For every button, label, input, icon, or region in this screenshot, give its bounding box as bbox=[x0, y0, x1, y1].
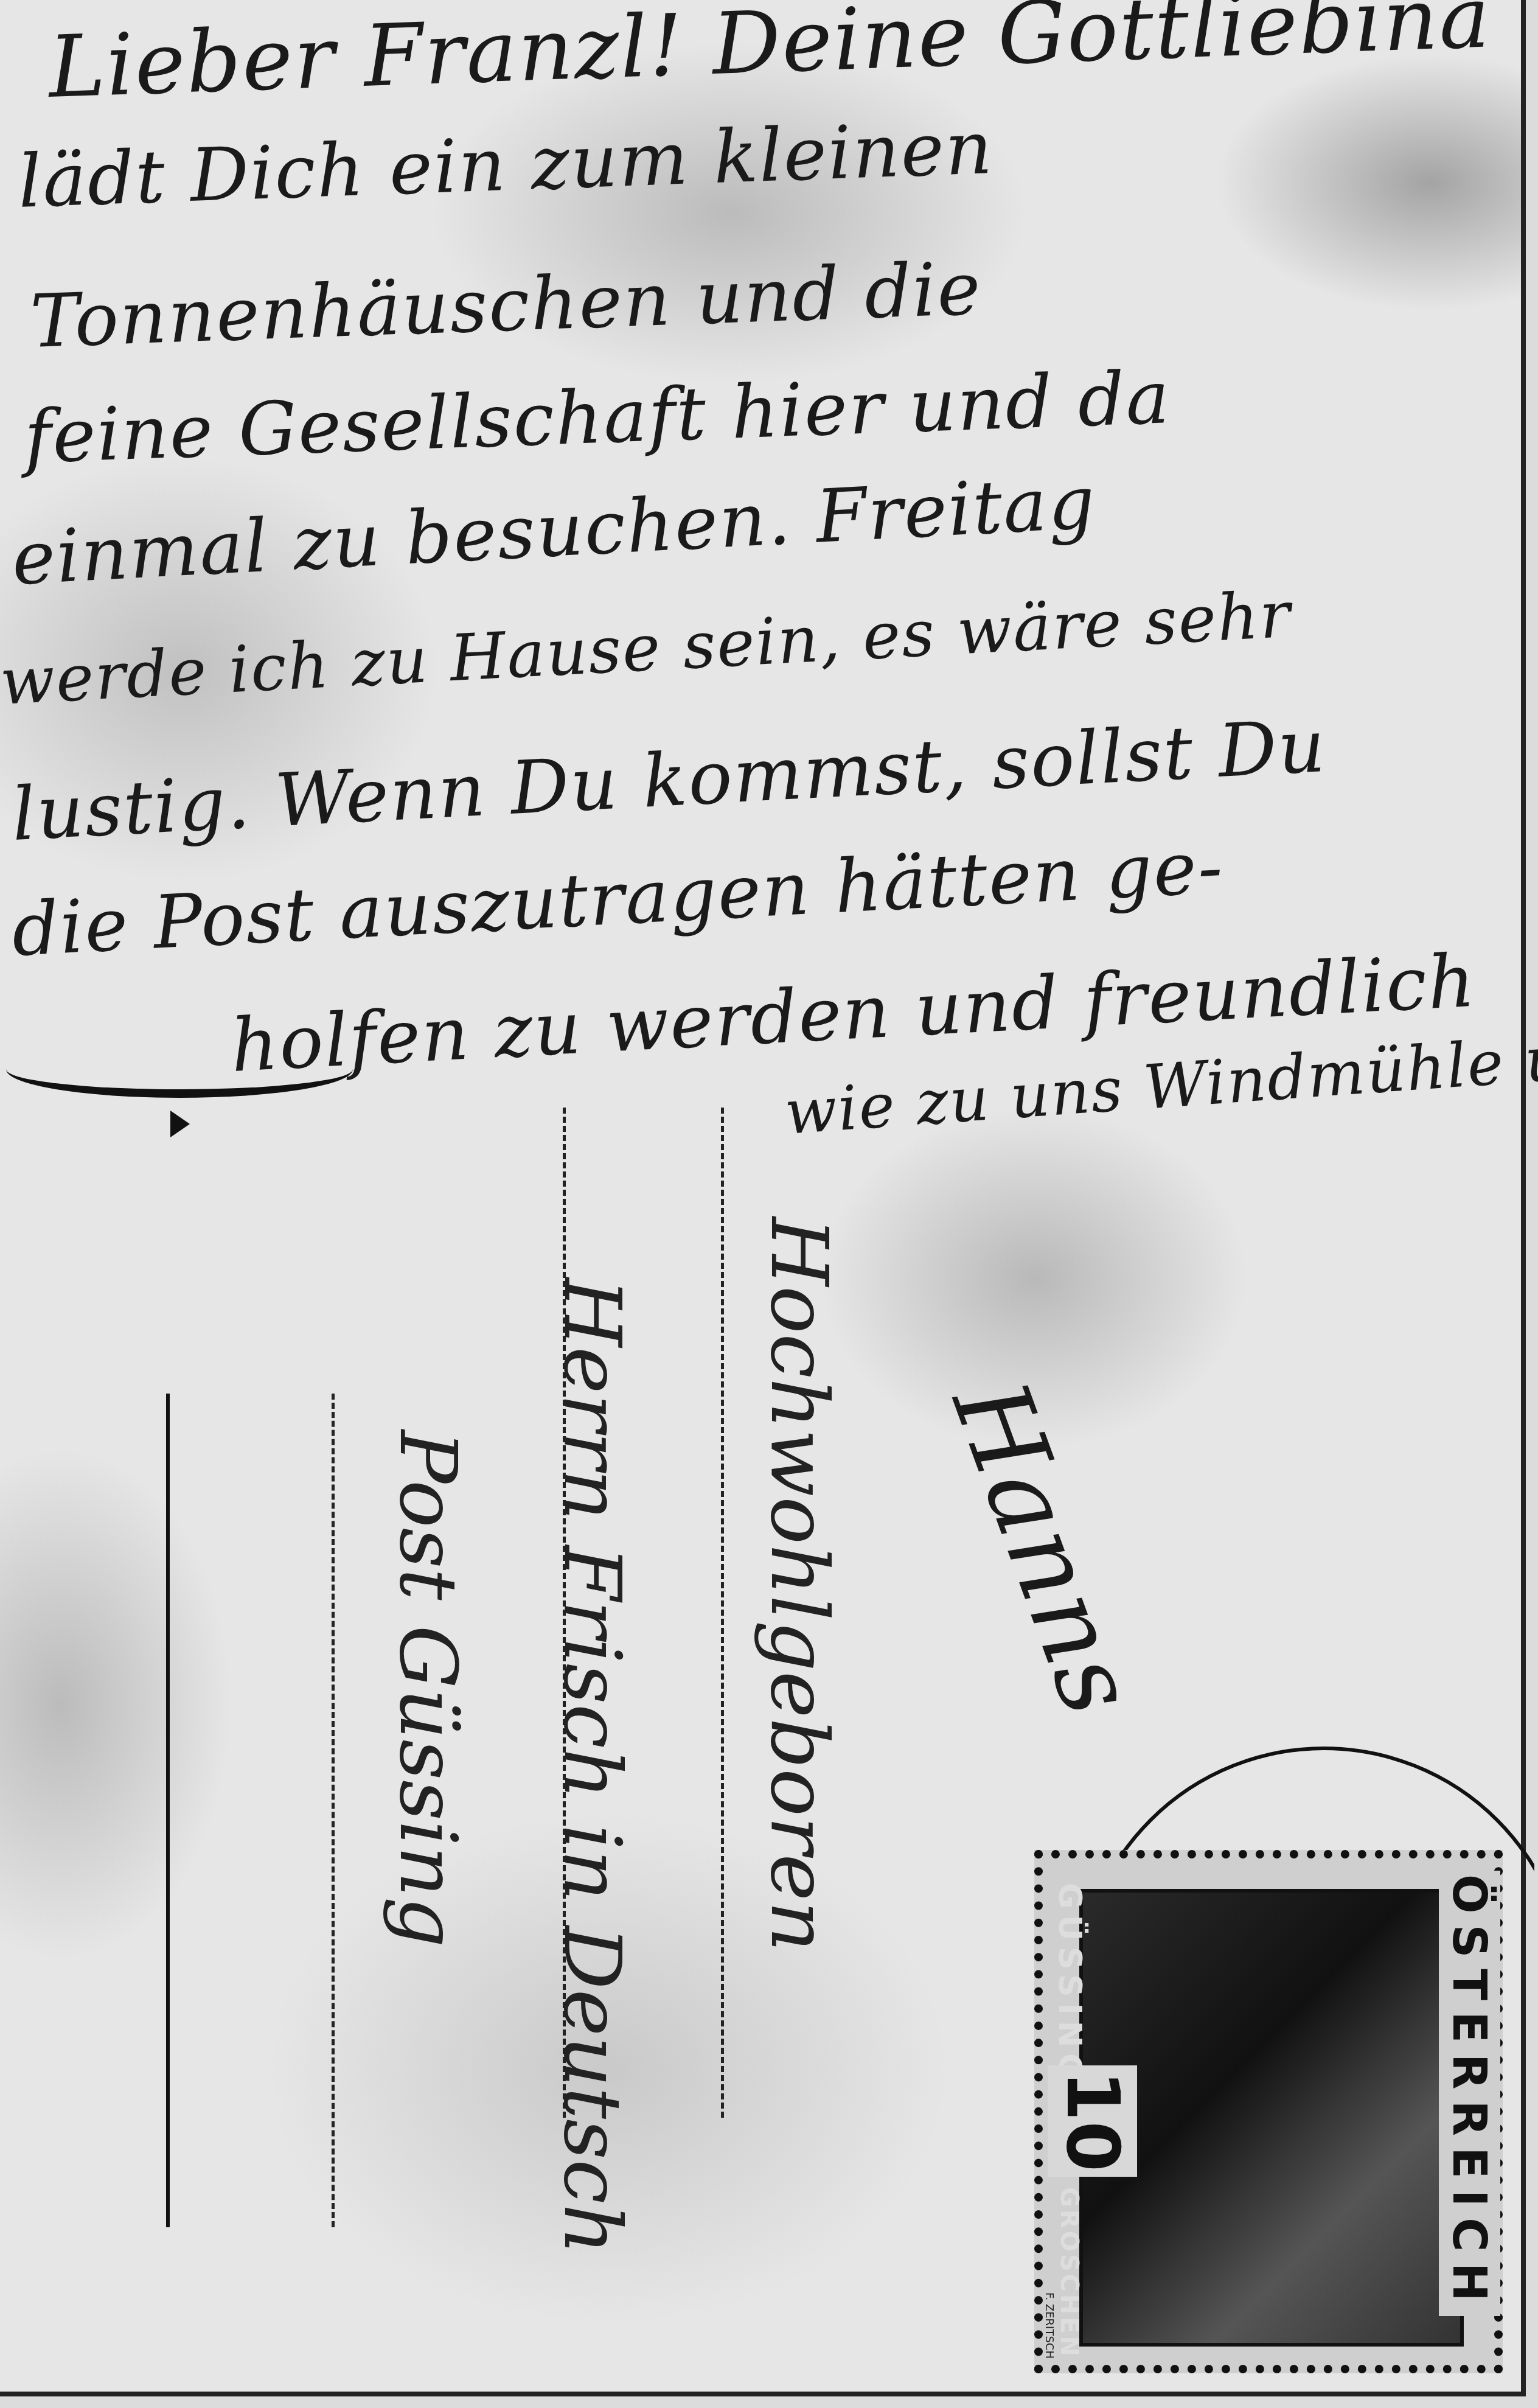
postage-stamp: GÜSSING 10 GROSCHEN ÖSTERREICH F. ZERITS… bbox=[1034, 1850, 1503, 2373]
message-line-5: einmal zu besuchen. Freitag bbox=[10, 461, 1098, 602]
address-line-1: Hochwohlgeboren bbox=[753, 1217, 846, 1952]
message-line-2: lädt Dich ein zum kleinen bbox=[17, 106, 995, 225]
postcard: Lieber Franzl! Deine Gottliebina lädt Di… bbox=[0, 0, 1526, 2396]
underline-stroke bbox=[6, 1041, 353, 1098]
message-line-4: feine Gesellschaft hier und da bbox=[23, 355, 1172, 480]
triangle-marker-icon bbox=[170, 1111, 190, 1137]
message-line-6: werde ich zu Hause sein, es wäre sehr bbox=[0, 578, 1293, 719]
signature: Hanns bbox=[929, 1366, 1160, 1731]
address-line-2: Herrn Frisch in Deutsch bbox=[546, 1278, 639, 2255]
stamp-value: 10 bbox=[1048, 2065, 1137, 2177]
stamp-place: GÜSSING bbox=[1051, 1883, 1088, 2085]
stamp-currency: GROSCHEN bbox=[1055, 2187, 1083, 2359]
stamp-country: ÖSTERREICH bbox=[1439, 1871, 1500, 2316]
address-line-3: Post Güssing bbox=[382, 1430, 475, 1947]
divider-line bbox=[166, 1394, 170, 2227]
stamp-artist: F. ZERITSCH bbox=[1043, 2292, 1056, 2359]
message-line-3: Tonnenhäuschen und die bbox=[29, 246, 983, 365]
address-line-left bbox=[332, 1394, 335, 2227]
message-line-1: Lieber Franzl! Deine Gottliebina bbox=[47, 0, 1492, 117]
address-line-right bbox=[721, 1108, 724, 2118]
